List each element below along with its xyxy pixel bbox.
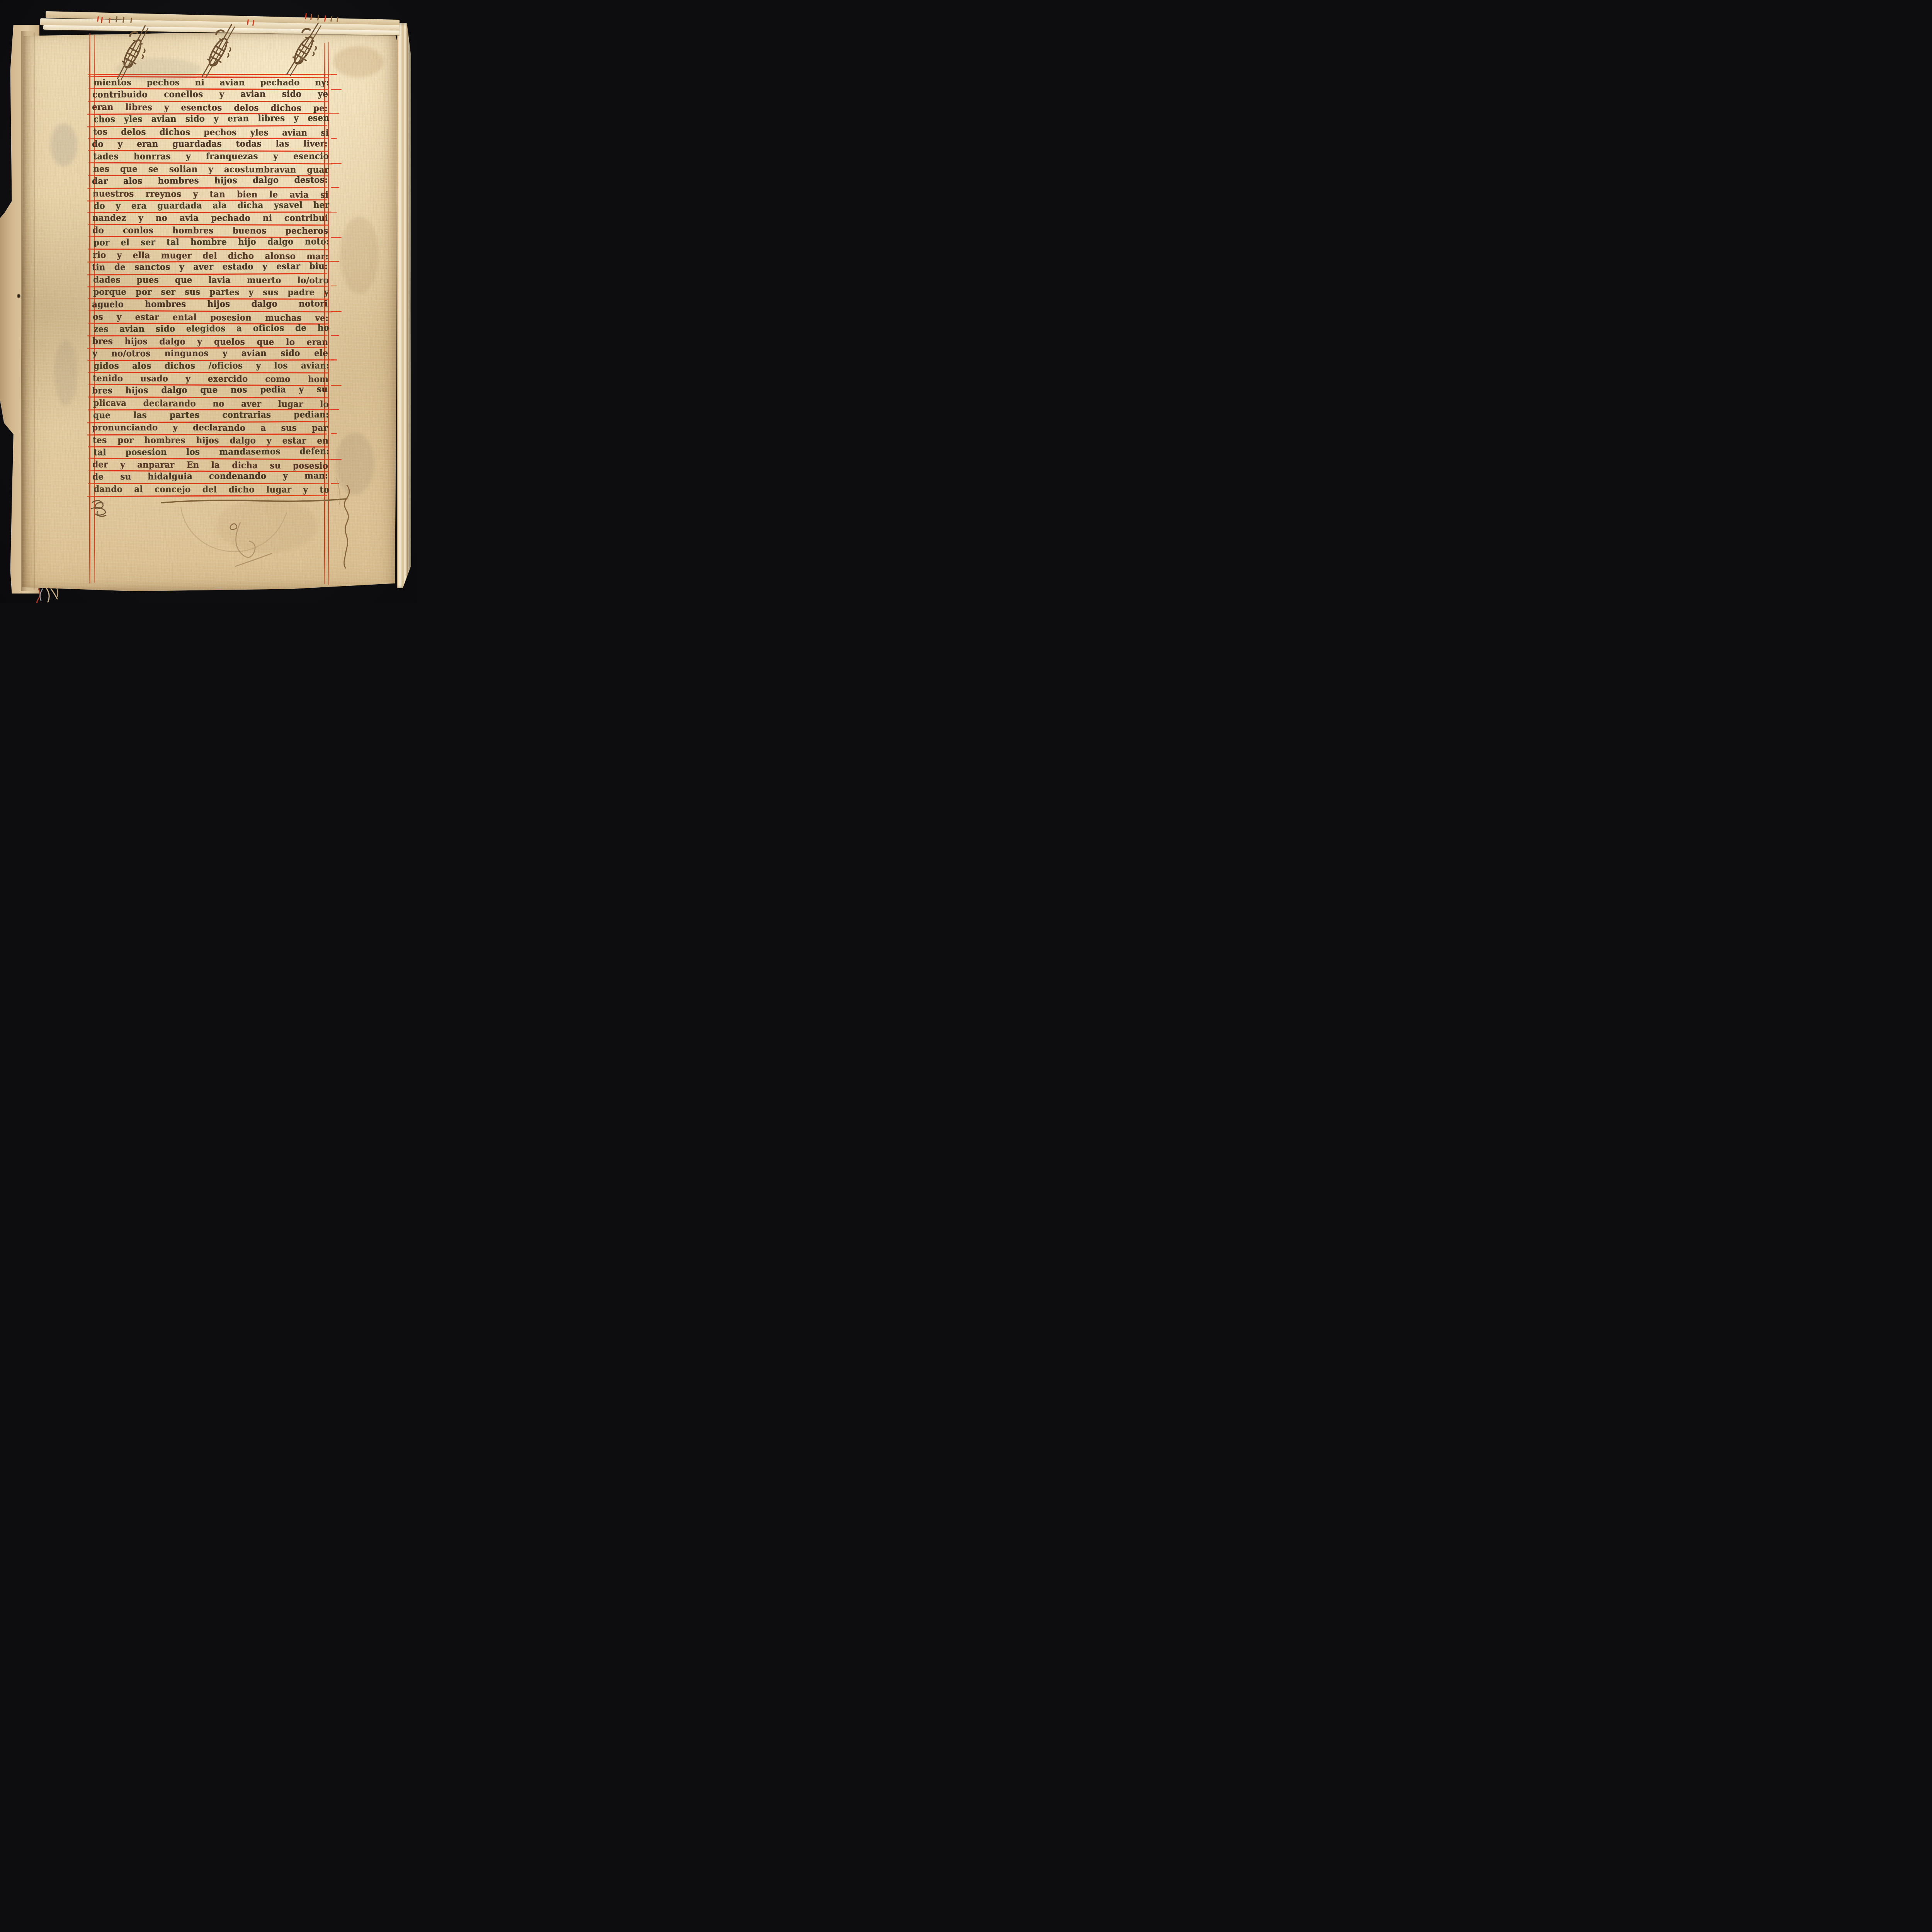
manuscript-text-line: bres hijos dalgo que nos pedia y su	[92, 383, 328, 397]
manuscript-text-line: do y eran guardadas todas las liver:	[92, 138, 328, 151]
manuscript-text-line: zes avian sido elegidos a oficios de ho	[94, 322, 329, 335]
red-rule-stub	[331, 89, 342, 90]
red-rule-stub	[331, 359, 337, 360]
manuscript-text-line: nandez y no avia pechado ni contribui	[92, 212, 328, 224]
stain	[340, 216, 379, 294]
manuscript-text-line: de su hidalguia condenando y man:	[92, 470, 328, 483]
manuscript-text-line: por el ser tal hombre hijo dalgo noto:	[94, 236, 329, 249]
show-through-smudge	[116, 58, 201, 81]
manuscript-text-line: dar alos hombres hijos dalgo destos:	[92, 174, 328, 187]
manuscript-text-line: tos delos dichos pechos yles avian si	[93, 126, 328, 139]
red-rule-vertical-left-outer	[89, 33, 90, 583]
show-through-smudge	[54, 340, 77, 406]
manuscript-text-line: contribuido conellos y avian sido ye	[92, 88, 328, 102]
red-rule-stub	[331, 261, 339, 262]
gutter-fold	[21, 31, 34, 591]
red-rule-stub	[331, 187, 339, 188]
manuscript-text-line: chos yles avian sido y eran libres y ese…	[94, 112, 329, 126]
manuscript-text-line: dades pues que lavia muerto lo/otro	[93, 274, 329, 287]
manuscript-text-line: mientos pechos ni avian pechado ny:	[94, 77, 329, 89]
gutter-crease	[34, 32, 35, 590]
red-rule-stub	[331, 409, 339, 410]
manuscript-text-line: tades honrras y franquezas y esencio	[93, 150, 329, 163]
manuscript-text-line: y no/otros ningunos y avian sido ele	[92, 347, 328, 360]
red-rule-stub	[331, 138, 337, 139]
show-through-smudge	[335, 433, 374, 495]
red-rule-stub	[331, 163, 342, 164]
red-rule-stub	[331, 385, 342, 386]
red-rule-stub	[331, 237, 342, 238]
manuscript-text-line: do y era guardada ala dicha ysavel her	[94, 199, 329, 212]
red-rule-stub	[331, 483, 339, 484]
stain	[333, 46, 383, 77]
manuscript-text-line: tal posesion los mandasemos defen:	[94, 445, 329, 459]
manuscript-text-line: aguelo hombres hijos dalgo notori	[92, 298, 328, 311]
manuscript-text-line: pronunciando y declarando a sus par	[92, 422, 328, 434]
manuscript-text-line: tes por hombres hijos dalgo y estar en	[93, 434, 328, 447]
red-rule-stub	[331, 74, 337, 75]
manuscript-photo: mientos pechos ni avian pechado ny:contr…	[0, 0, 417, 603]
manuscript-text-line: bres hijos dalgo y quelos que lo eran	[92, 335, 328, 349]
manuscript-text-line: dando al concejo del dicho lugar y to	[94, 483, 329, 496]
parchment-hole	[17, 294, 20, 298]
manuscript-text-line: tin de sanctos y aver estado y estar biu…	[92, 260, 328, 274]
red-rule-stub	[331, 433, 337, 434]
red-rule-stub	[331, 335, 339, 336]
show-through-smudge	[216, 498, 317, 553]
manuscript-text-line: gidos alos dichos /oficios y los avian:	[94, 360, 329, 372]
binding-threads-icon	[37, 587, 58, 603]
manuscript-text-line: que las partes contrarias pedian:	[93, 409, 329, 422]
red-rule-stub	[331, 212, 337, 213]
page-stack-edge-right	[397, 23, 411, 588]
manuscript-text-line: porque por ser sus partes y sus padre y	[93, 286, 329, 299]
show-through-smudge	[50, 124, 77, 166]
